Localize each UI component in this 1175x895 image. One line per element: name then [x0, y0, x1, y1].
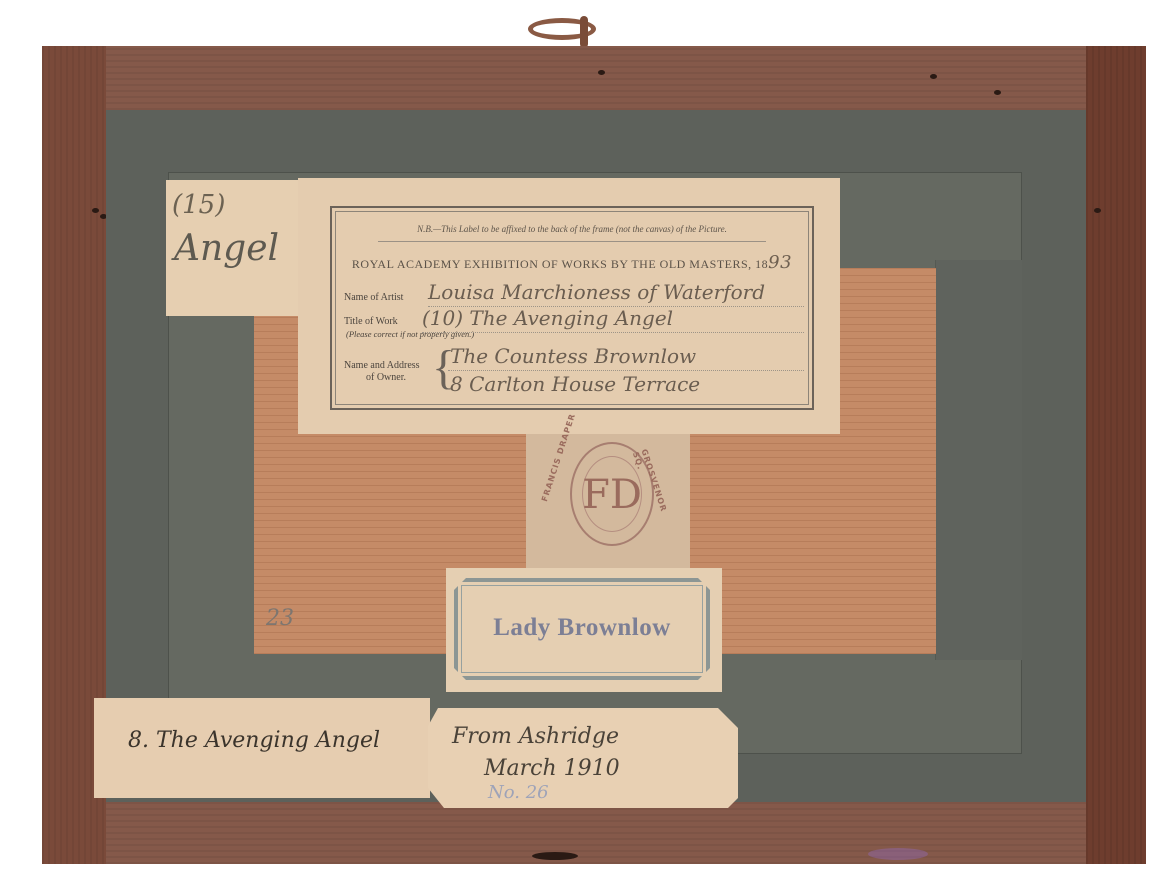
- owner-name: Lady Brownlow: [458, 614, 706, 642]
- owner-field-label-line2: of Owner.: [366, 372, 406, 383]
- royal-academy-label-border: N.B.—This Label to be affixed to the bac…: [330, 206, 814, 410]
- frame-right-stile: [1086, 46, 1146, 864]
- ink-stain: [868, 848, 928, 860]
- owner-name-label-border: Lady Brownlow: [454, 578, 710, 680]
- exhibition-year: 93: [768, 252, 792, 273]
- artist-field-value: Louisa Marchioness of Waterford: [428, 280, 765, 304]
- provenance-source: From Ashridge: [452, 724, 619, 749]
- artist-field-label: Name of Artist: [344, 292, 403, 303]
- nail-hole: [532, 852, 578, 860]
- exhibition-title: ROYAL ACADEMY EXHIBITION OF WORKS BY THE…: [332, 252, 812, 273]
- owner-name-label: Lady Brownlow: [446, 568, 722, 692]
- hanging-ring-eye: [580, 16, 588, 48]
- label-instruction-note: N.B.—This Label to be affixed to the bac…: [332, 224, 812, 234]
- title-label: 8. The Avenging Angel: [94, 698, 430, 798]
- owner-field-label-line1: Name and Address: [344, 360, 420, 371]
- nail-hole: [930, 74, 937, 79]
- exhibition-title-text: ROYAL ACADEMY EXHIBITION OF WORKS BY THE…: [352, 257, 768, 271]
- provenance-date: March 1910: [484, 756, 620, 781]
- divider: [378, 241, 766, 242]
- nail-hole: [994, 90, 1001, 95]
- owner-field-line: [448, 370, 804, 371]
- owner-value-line1: The Countess Brownlow: [450, 344, 696, 368]
- nail-hole: [598, 70, 605, 75]
- title-label-text: 8. The Avenging Angel: [128, 728, 380, 753]
- lot-word: Angel: [174, 228, 279, 269]
- pencil-mark: 23: [266, 606, 294, 631]
- nail-hole: [1094, 208, 1101, 213]
- provenance-label: From Ashridge March 1910 No. 26: [428, 708, 738, 808]
- provenance-number: No. 26: [488, 782, 549, 803]
- work-field-value: (10) The Avenging Angel: [422, 306, 673, 330]
- backing-board-strip: [935, 260, 1022, 660]
- frame-top-rail: [42, 46, 1146, 110]
- royal-academy-label: N.B.—This Label to be affixed to the bac…: [298, 178, 840, 434]
- lot-number: (15): [172, 190, 225, 220]
- owner-value-line2: 8 Carlton House Terrace: [450, 372, 700, 396]
- work-correction-note: (Please correct if not properly given.): [346, 329, 474, 339]
- framer-stamp-label: FD FRANCIS DRAPER GROSVENOR SQ.: [526, 434, 690, 570]
- work-field-label: Title of Work: [344, 316, 398, 327]
- work-field-line: [422, 332, 804, 333]
- lot-label: (15) Angel: [166, 180, 302, 316]
- frame-bottom-rail: [42, 802, 1146, 864]
- nail-hole: [92, 208, 99, 213]
